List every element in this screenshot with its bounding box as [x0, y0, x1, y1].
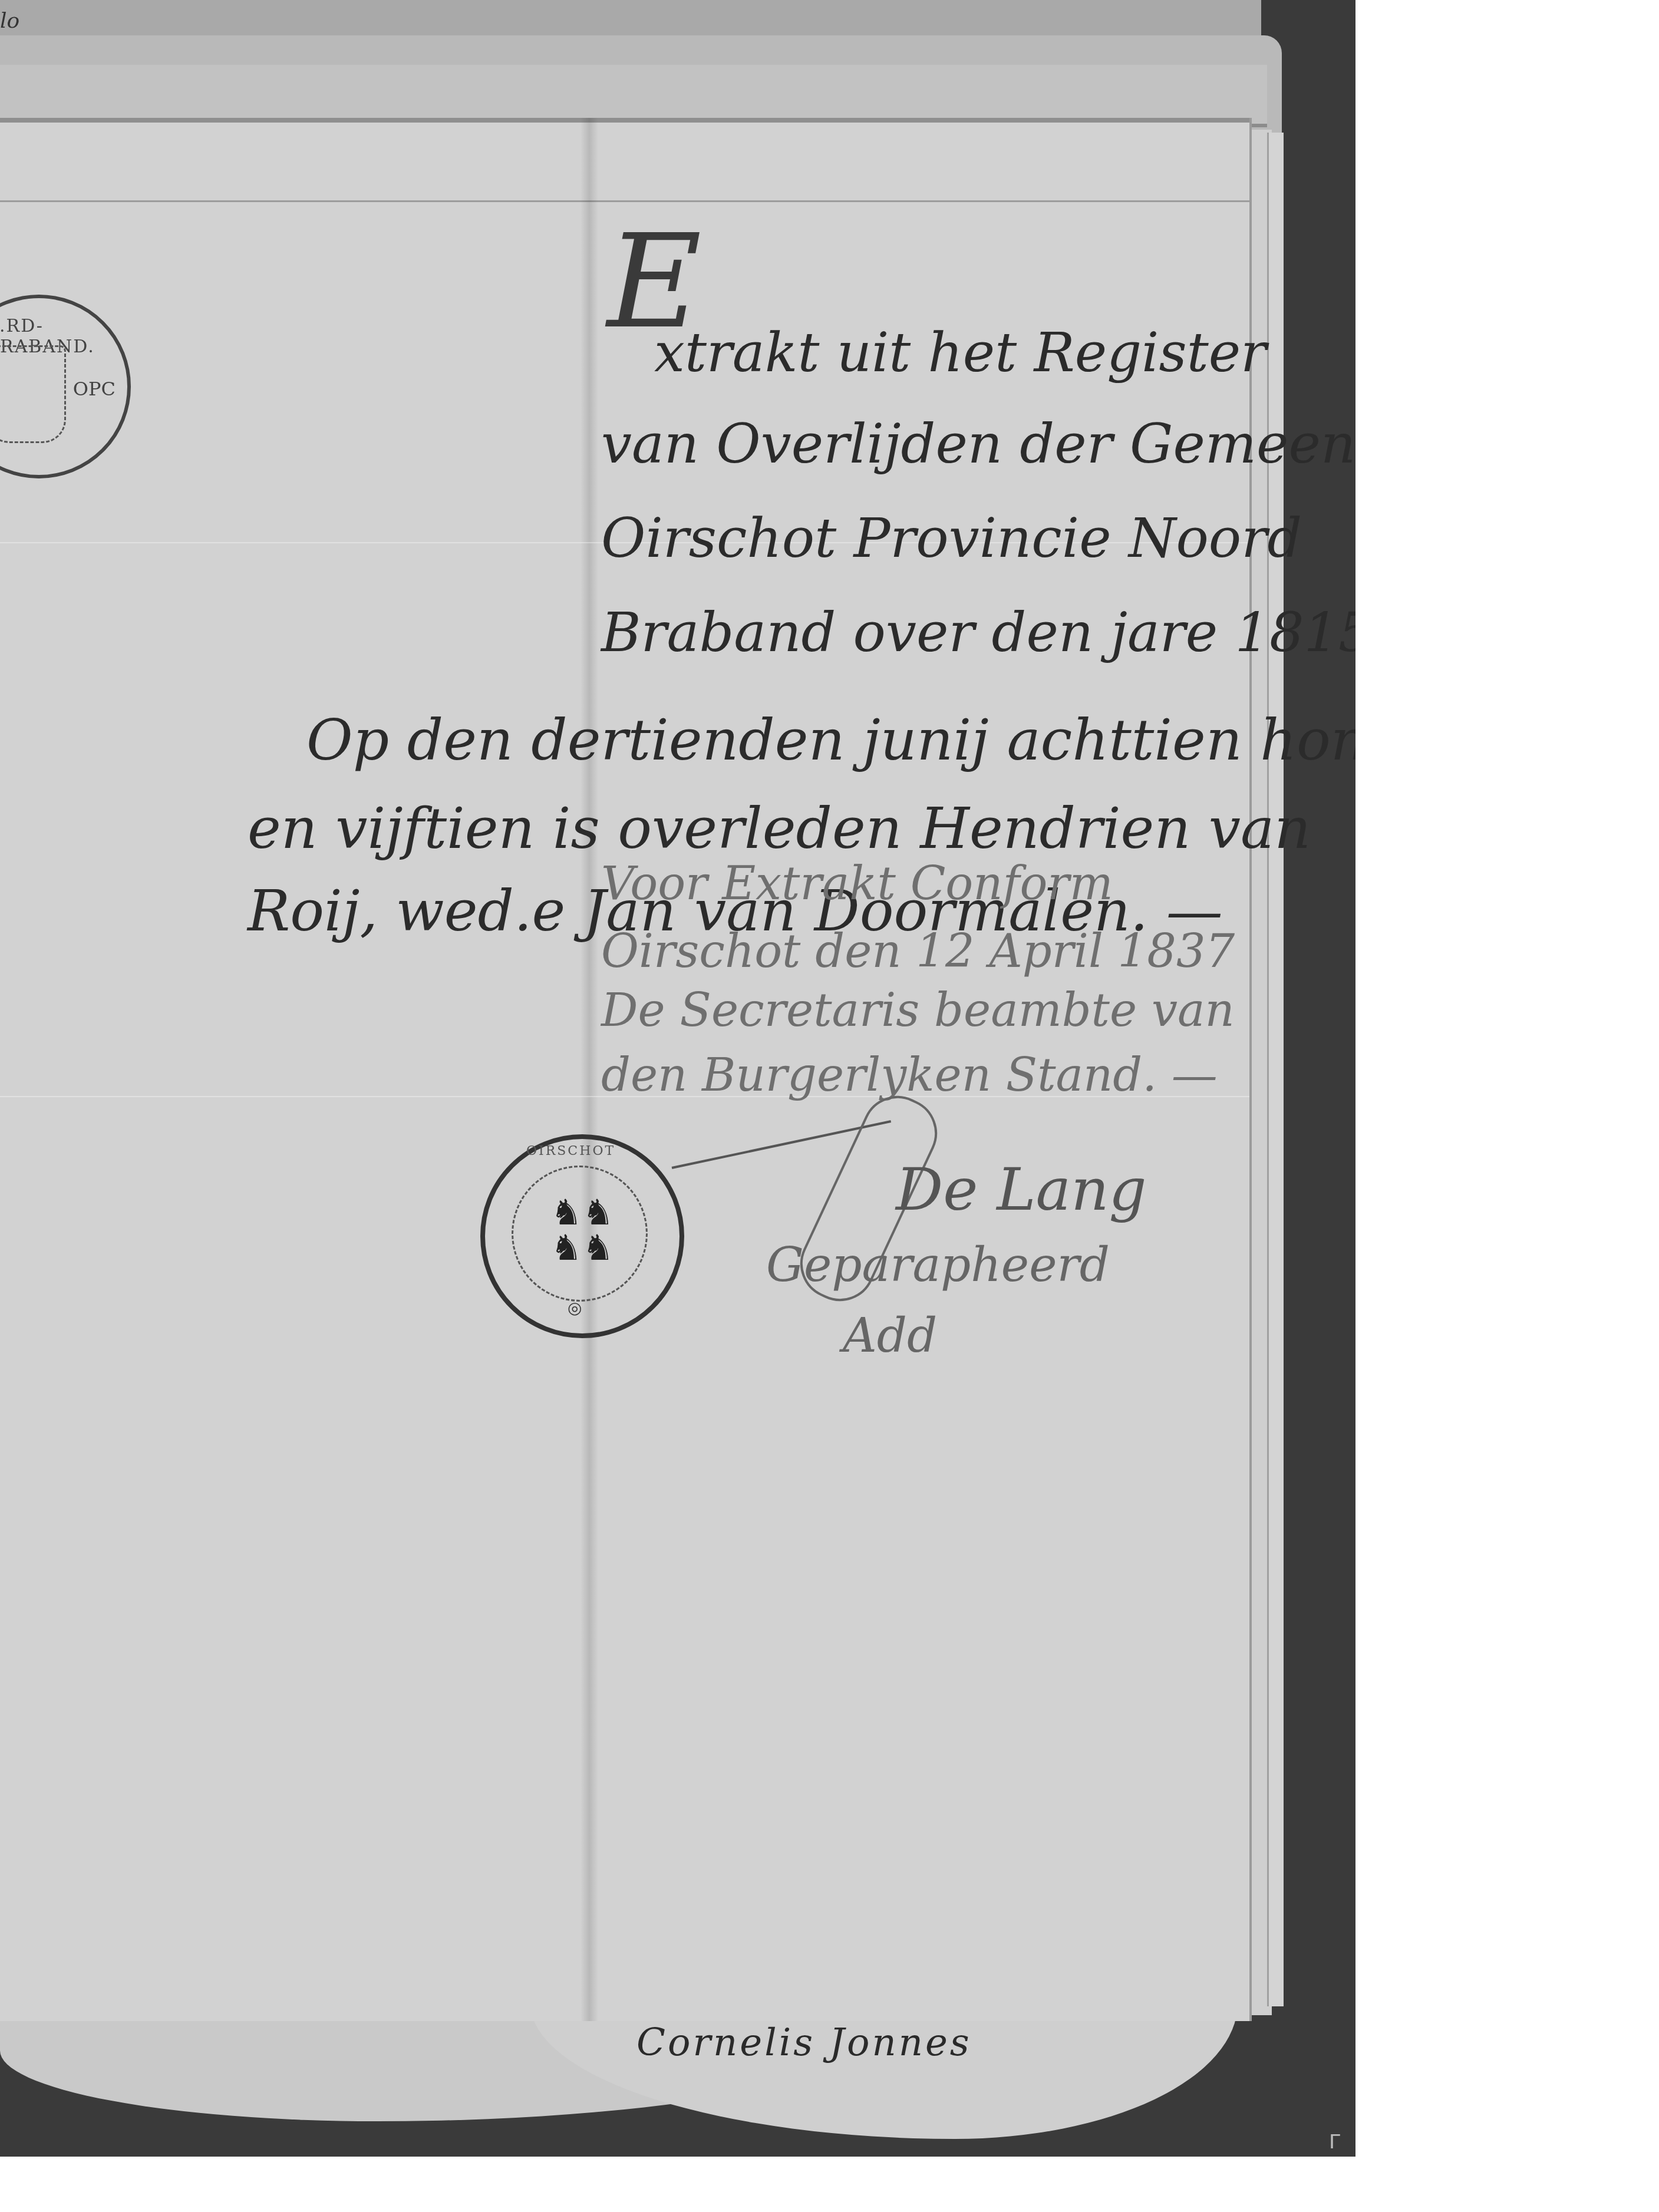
heading-line-1: xtrakt uit het Register	[654, 321, 1266, 384]
heading-line-4: Braband over den jare 1815	[601, 601, 1355, 664]
scan-mark: ᒥ	[1329, 2130, 1340, 2154]
certification-line-2: Oirschot den 12 April 1837	[601, 925, 1235, 978]
ruled-line	[0, 200, 1249, 202]
stamp-code: OPC	[73, 378, 116, 400]
signature-name: De Lang	[896, 1155, 1147, 1224]
seal-bottom-mark-icon: ◎	[568, 1298, 582, 1318]
signature-initials: Add	[843, 1308, 937, 1363]
page-fold	[581, 118, 598, 2021]
corner-mark: lo	[0, 9, 19, 33]
document-scan: Cornelis Jonnes ...RD-BRABAND. OPC E xtr…	[0, 0, 1355, 2157]
tax-stamp: ...RD-BRABAND. OPC	[0, 295, 131, 478]
crown-crest-icon	[0, 345, 66, 443]
official-seal: OIRSCHOT ♞♞ ♞♞ ◎	[480, 1134, 684, 1338]
body-line-2: en vijftien is overleden Hendrien van	[248, 795, 1311, 861]
document-page: ...RD-BRABAND. OPC E xtrakt uit het Regi…	[0, 118, 1252, 2021]
page-edge	[0, 118, 1249, 123]
heading-line-3: Oirschot Provincie Noord	[601, 507, 1302, 570]
certification-line-1: Voor Extrakt Conform	[601, 857, 1113, 910]
seal-text: OIRSCHOT	[526, 1144, 615, 1158]
signature-annotation: Geparapheerd	[766, 1237, 1110, 1292]
certification-line-4: den Burgerlyken Stand. —	[601, 1049, 1218, 1102]
body-line-1: Op den dertienden junij achttien honderd	[306, 707, 1355, 773]
certification-line-3: De Secretaris beambte van	[601, 984, 1235, 1037]
heading-line-2: van Overlijden der Gemeente	[601, 412, 1355, 476]
lion-crest-icon: ♞♞ ♞♞	[547, 1195, 618, 1266]
bottom-page-text: Cornelis Jonnes	[636, 2021, 972, 2065]
